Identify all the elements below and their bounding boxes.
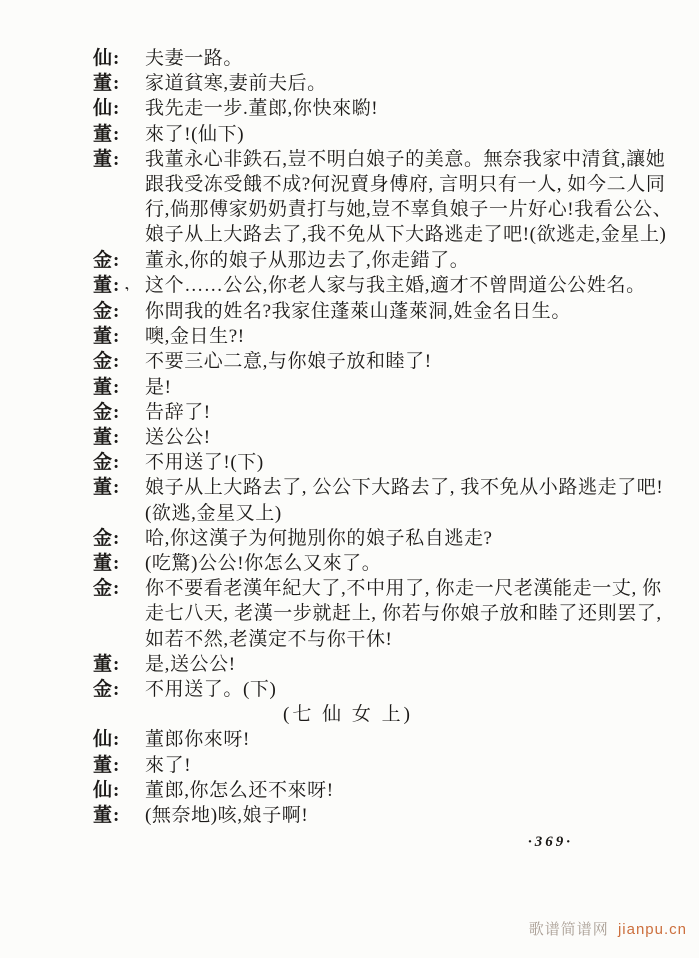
speech-line-text: 走七八天, 老漢一步就赶上, 你若与你娘子放和睦了还則罢了, — [145, 601, 662, 626]
speaker-label: 董:, — [93, 273, 145, 299]
speech-text: 这个……公公,你老人家与我主婚,適才不曾問道公公姓名。 — [145, 273, 658, 298]
dialogue-row: 金: 不用送了。(下) — [93, 677, 658, 702]
speaker-label: 金: — [93, 299, 145, 324]
speaker-name: 金: — [93, 301, 120, 322]
speaker-label: 金: — [93, 677, 145, 702]
speech-line-text: 董郎你來呀! — [145, 727, 658, 752]
speaker-label: 董: — [93, 652, 145, 677]
speaker-name: 金: — [93, 452, 120, 473]
dialogue-row: 金: 哈,你这漢子为何抛別你的娘子私自逃走? — [93, 526, 658, 551]
dialogue-row: 董: 娘子从上大路去了, 公公下大路去了, 我不免从小路逃走了吧!(欲逃,金星又… — [93, 475, 658, 525]
speech-text: 我先走一步.董郎,你快來喲! — [145, 96, 658, 121]
speaker-label: 金: — [93, 526, 145, 551]
speech-line-text: 家道貧寒,妻前夫后。 — [145, 71, 658, 96]
speech-text: 你不要看老漢年紀大了,不中用了, 你走一尺老漢能走一丈, 你走七八天, 老漢一步… — [145, 576, 662, 652]
dialogue-row: 董: 送公公! — [93, 425, 658, 450]
dialogue-row: 金: 不要三心二意,与你娘子放和睦了! — [93, 349, 658, 374]
dialogue-row: 仙: 董郎,你怎么还不來呀! — [93, 778, 658, 803]
speech-text: 你問我的姓名?我家住蓬萊山蓬萊洞,姓金名日生。 — [145, 299, 658, 324]
speaker-name: 仙: — [93, 729, 120, 750]
dialogue-row: 董: 來了!(仙下) — [93, 122, 658, 147]
speech-text: 哈,你这漢子为何抛別你的娘子私自逃走? — [145, 526, 658, 551]
speech-line-text: 是,送公公! — [145, 652, 658, 677]
dialogue-row: 仙: 夫妻一路。 — [93, 46, 658, 71]
dialogue-row: 金: 你問我的姓名?我家住蓬萊山蓬萊洞,姓金名日生。 — [93, 299, 658, 324]
speech-text: 是! — [145, 375, 658, 400]
speaker-label: 董: — [93, 71, 145, 96]
speaker-name: 金: — [93, 679, 120, 700]
speech-text: 告辞了! — [145, 400, 658, 425]
speaker-label: 董: — [93, 551, 145, 576]
watermark: 歌谱简谱网 jianpu.cn — [529, 918, 687, 939]
dialogue-row: 仙: 我先走一步.董郎,你快來喲! — [93, 96, 658, 121]
speech-line-text: 跟我受冻受餓不成?何況賣身傅府, 言明只有一人, 如今二人同 — [145, 172, 672, 197]
speaker-label: 金: — [93, 450, 145, 475]
dialogue-row: 金: 告辞了! — [93, 400, 658, 425]
speaker-label: 董: — [93, 122, 145, 147]
speech-text: 噢,金日生?! — [145, 324, 658, 349]
speech-text: (無奈地)咳,娘子啊! — [145, 803, 658, 828]
speech-text: 送公公! — [145, 425, 658, 450]
speech-text: (吃驚)公公!你怎么又來了。 — [145, 551, 658, 576]
dialogue-row: 董: 家道貧寒,妻前夫后。 — [93, 71, 658, 96]
speaker-label: 董: — [93, 753, 145, 778]
speech-line-text: 董永,你的娘子从那边去了,你走錯了。 — [145, 248, 658, 273]
speaker-label: 董: — [93, 375, 145, 400]
speech-text: 來了!(仙下) — [145, 122, 658, 147]
dialogue-row: 董: (吃驚)公公!你怎么又來了。 — [93, 551, 658, 576]
speech-line-text: 不用送了!(下) — [145, 450, 658, 475]
speaker-name: 仙: — [93, 98, 120, 119]
speech-line-text: 我董永心非鉄石,豈不明白娘子的美意。無奈我家中清貧,讓她 — [145, 147, 672, 172]
speaker-label: 董: — [93, 475, 145, 500]
speech-text: 不要三心二意,与你娘子放和睦了! — [145, 349, 658, 374]
speaker-name: 金: — [93, 578, 120, 599]
speech-line-text: (無奈地)咳,娘子啊! — [145, 803, 658, 828]
speaker-name: 董: — [93, 477, 120, 498]
dialogue-row: 金: 不用送了!(下) — [93, 450, 658, 475]
speech-text: 我董永心非鉄石,豈不明白娘子的美意。無奈我家中清貧,讓她跟我受冻受餓不成?何況賣… — [145, 147, 672, 248]
dialogue-row: 董:, 这个……公公,你老人家与我主婚,適才不曾問道公公姓名。 — [93, 273, 658, 299]
speech-text: 家道貧寒,妻前夫后。 — [145, 71, 658, 96]
dialogue-row: 董: 是! — [93, 375, 658, 400]
speaker-label: 仙: — [93, 778, 145, 803]
speech-line-text: 哈,你这漢子为何抛別你的娘子私自逃走? — [145, 526, 658, 551]
dialogue-row: 董: 噢,金日生?! — [93, 324, 658, 349]
speech-text: 夫妻一路。 — [145, 46, 658, 71]
dialogue-row: 董: 是,送公公! — [93, 652, 658, 677]
speech-line-text: 夫妻一路。 — [145, 46, 658, 71]
dialogue-row: 董: (無奈地)咳,娘子啊! — [93, 803, 658, 828]
watermark-site-name: 歌谱简谱网 — [529, 921, 609, 938]
speech-line-text: 行,倘那傅家奶奶責打与她,豈不辜負娘子一片好心!我看公公、 — [145, 197, 672, 222]
speaker-name: 仙: — [93, 780, 120, 801]
speech-line-text: (吃驚)公公!你怎么又來了。 — [145, 551, 658, 576]
speech-text: 娘子从上大路去了, 公公下大路去了, 我不免从小路逃走了吧!(欲逃,金星又上) — [145, 475, 663, 525]
speaker-label: 金: — [93, 349, 145, 374]
speech-text: 董郎,你怎么还不來呀! — [145, 778, 658, 803]
stage-direction: (七 仙 女 上) — [93, 702, 658, 727]
speech-line-text: 送公公! — [145, 425, 658, 450]
speech-text: 董永,你的娘子从那边去了,你走錯了。 — [145, 248, 658, 273]
speaker-label: 金: — [93, 248, 145, 273]
speech-line-text: 如若不然,老漢定不与你干休! — [145, 627, 662, 652]
speaker-label: 董: — [93, 803, 145, 828]
speech-text: 董郎你來呀! — [145, 727, 658, 752]
script-body: 仙: 夫妻一路。 董: 家道貧寒,妻前夫后。 仙: 我先走一步.董郎,你快來喲!… — [93, 46, 658, 828]
dialogue-row: 金: 你不要看老漢年紀大了,不中用了, 你走一尺老漢能走一丈, 你走七八天, 老… — [93, 576, 658, 652]
speech-line-text: 我先走一步.董郎,你快來喲! — [145, 96, 658, 121]
speaker-label: 董: — [93, 147, 145, 172]
speech-line-text: 告辞了! — [145, 400, 658, 425]
speaker-name: 金: — [93, 528, 120, 549]
speech-line-text: 董郎,你怎么还不來呀! — [145, 778, 658, 803]
page-number: ·369· — [528, 834, 573, 851]
speech-text: 不用送了!(下) — [145, 450, 658, 475]
speech-line-text: 娘子从上大路去了, 公公下大路去了, 我不免从小路逃走了吧! — [145, 475, 663, 500]
watermark-site-url: jianpu.cn — [618, 921, 687, 938]
speaker-name: 董: — [93, 427, 120, 448]
speech-line-text: 不要三心二意,与你娘子放和睦了! — [145, 349, 658, 374]
speaker-name: 董: — [93, 377, 120, 398]
speech-line-text: 这个……公公,你老人家与我主婚,適才不曾問道公公姓名。 — [145, 273, 658, 298]
speaker-label: 金: — [93, 576, 145, 601]
speaker-label: 仙: — [93, 727, 145, 752]
dialogue-row: 仙: 董郎你來呀! — [93, 727, 658, 752]
speaker-name: 仙: — [93, 48, 120, 69]
speaker-name: 董: — [93, 553, 120, 574]
speech-line-text: 來了! — [145, 753, 658, 778]
speech-line-text: 不用送了。(下) — [145, 677, 658, 702]
speech-line-text: 噢,金日生?! — [145, 324, 658, 349]
speech-line-text: 來了!(仙下) — [145, 122, 658, 147]
speaker-name: 董: — [93, 326, 120, 347]
dialogue-row: 董: 來了! — [93, 753, 658, 778]
speech-line-text: (欲逃,金星又上) — [145, 501, 663, 526]
speaker-name: 董: — [93, 149, 120, 170]
dialogue-row: 金: 董永,你的娘子从那边去了,你走錯了。 — [93, 248, 658, 273]
speaker-label: 董: — [93, 425, 145, 450]
speech-line-text: 是! — [145, 375, 658, 400]
speech-line-text: 你問我的姓名?我家住蓬萊山蓬萊洞,姓金名日生。 — [145, 299, 658, 324]
speaker-label: 仙: — [93, 96, 145, 121]
speaker-name: 金: — [93, 250, 120, 271]
speaker-name: 金: — [93, 402, 120, 423]
script-page: 仙: 夫妻一路。 董: 家道貧寒,妻前夫后。 仙: 我先走一步.董郎,你快來喲!… — [0, 0, 699, 958]
speech-text: 不用送了。(下) — [145, 677, 658, 702]
speaker-label: 董: — [93, 324, 145, 349]
speech-text: 來了! — [145, 753, 658, 778]
dialogue-row: 董: 我董永心非鉄石,豈不明白娘子的美意。無奈我家中清貧,讓她跟我受冻受餓不成?… — [93, 147, 658, 248]
speaker-name: 董: — [93, 654, 120, 675]
speaker-name: 董: — [93, 124, 120, 145]
speaker-label: 金: — [93, 400, 145, 425]
speech-line-text: 娘子从上大路去了,我不免从下大路逃走了吧!(欲逃走,金星上) — [145, 222, 672, 247]
speaker-name: 董: — [93, 755, 120, 776]
speaker-label: 仙: — [93, 46, 145, 71]
speech-line-text: 你不要看老漢年紀大了,不中用了, 你走一尺老漢能走一丈, 你 — [145, 576, 662, 601]
speaker-name: 金: — [93, 351, 120, 372]
speaker-name: 董: — [93, 805, 120, 826]
speech-text: 是,送公公! — [145, 652, 658, 677]
speaker-name: 董: — [93, 73, 120, 94]
